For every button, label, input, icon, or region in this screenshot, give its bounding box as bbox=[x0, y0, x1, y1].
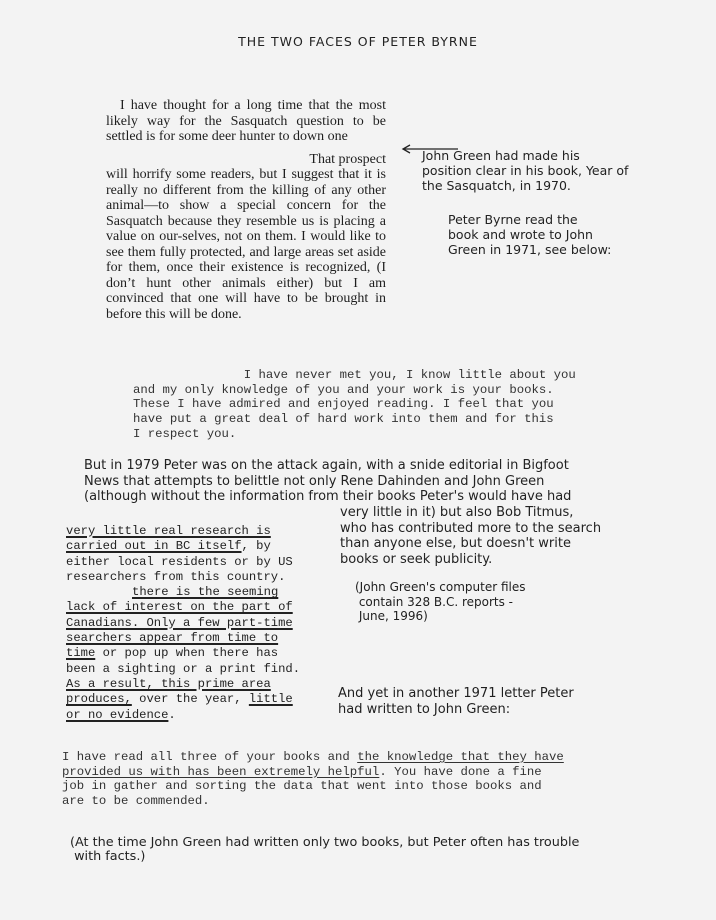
underlined-text: carried out in BC itself bbox=[66, 539, 242, 553]
text: are to be commended. bbox=[62, 794, 210, 808]
computer-files-note: (John Green's computer files contain 328… bbox=[355, 580, 615, 624]
paragraph-1979-continued: very little in it) but also Bob Titmus, … bbox=[340, 505, 640, 567]
quote-part-2-lead: That prospect bbox=[106, 152, 386, 168]
editorial-excerpt: very little real research is carried out… bbox=[66, 524, 316, 723]
underlined-text: there is the seeming bbox=[66, 585, 278, 599]
text: I have read all three of your books and bbox=[62, 750, 357, 764]
underlined-text: provided us with has been extremely help… bbox=[62, 765, 379, 779]
text: job in gather and sorting the data that … bbox=[62, 779, 542, 793]
underlined-text: the knowledge that they have bbox=[357, 750, 564, 764]
text: researchers from this country. bbox=[66, 570, 285, 584]
underlined-text: Canadians. Only a few part-time bbox=[66, 616, 293, 630]
byrne-1970-quote: I have thought for a long time that the … bbox=[106, 98, 386, 322]
quote-part-1: I have thought for a long time that the … bbox=[106, 98, 386, 145]
side-note-byrne-letter: Peter Byrne read the book and wrote to J… bbox=[448, 212, 668, 257]
text: over the year, bbox=[132, 692, 249, 706]
underlined-text: very little real research is bbox=[66, 524, 271, 538]
text: . bbox=[168, 708, 175, 722]
paragraph-1979-attack: But in 1979 Peter was on the attack agai… bbox=[84, 458, 644, 505]
underlined-text: time bbox=[66, 646, 95, 660]
text: been a sighting or a print find. bbox=[66, 662, 300, 676]
text: . You have done a fine bbox=[379, 765, 541, 779]
letter-1971-excerpt-1: I have never met you, I know little abou… bbox=[133, 368, 593, 442]
underlined-text: As a result, this prime area bbox=[66, 677, 271, 691]
letter-1971-excerpt-2: I have read all three of your books and … bbox=[62, 750, 602, 809]
text: or pop up when there has bbox=[95, 646, 278, 660]
text: , by bbox=[242, 539, 271, 553]
and-yet-paragraph: And yet in another 1971 letter Peter had… bbox=[338, 686, 638, 717]
quote-part-2: will horrify some readers, but I suggest… bbox=[106, 167, 386, 322]
text: either local residents or by US bbox=[66, 555, 293, 569]
underlined-text: or no evidence bbox=[66, 708, 168, 722]
document-title: THE TWO FACES OF PETER BYRNE bbox=[0, 34, 716, 49]
footnote: (At the time John Green had written only… bbox=[70, 836, 670, 863]
side-note-green-position: John Green had made his position clear i… bbox=[422, 148, 682, 193]
underlined-text: lack of interest on the part of bbox=[66, 600, 293, 614]
underlined-text: searchers appear from time to bbox=[66, 631, 278, 645]
underlined-text: produces, bbox=[66, 692, 132, 706]
underlined-text: little bbox=[249, 692, 293, 706]
